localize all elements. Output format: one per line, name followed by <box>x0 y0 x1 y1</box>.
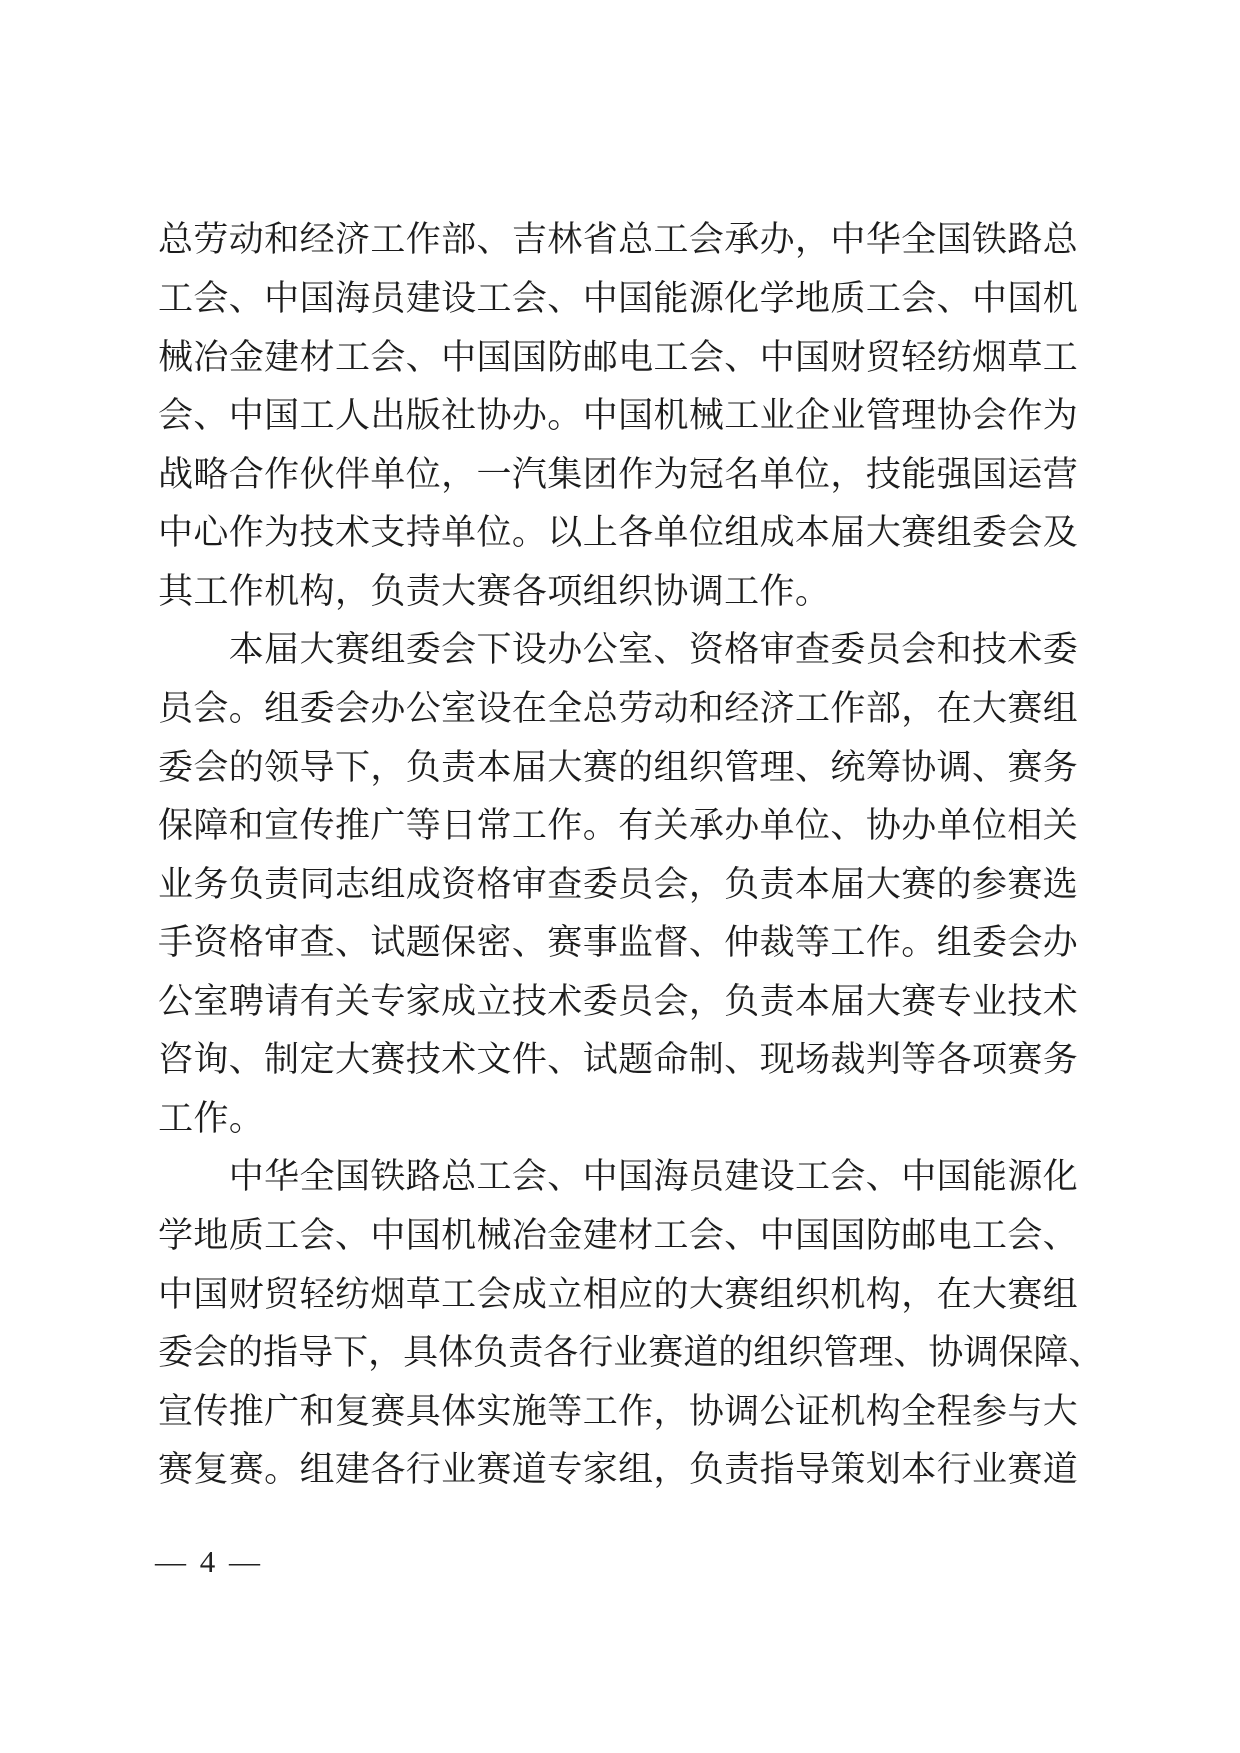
character: 公 <box>760 1394 795 1429</box>
character: 行 <box>578 1335 613 1370</box>
character: 赛 <box>1007 1277 1042 1312</box>
character: 工 <box>264 1218 299 1253</box>
character: 试 <box>583 1042 618 1077</box>
character: 项 <box>972 1042 1007 1077</box>
text-line: 本届大赛组委会下设办公室、资格审查委员会和技术委 <box>158 621 1078 680</box>
character: 证 <box>795 1394 830 1429</box>
character: 责 <box>724 1452 759 1487</box>
character: 、 <box>724 340 759 375</box>
text-line: 委会的指导下，具体负责各行业赛道的组织管理、协调保障、 <box>158 1323 1078 1382</box>
character: 届 <box>830 984 865 1019</box>
character: 单 <box>937 808 972 843</box>
character: 会 <box>512 281 547 316</box>
character: 赛 <box>583 750 618 785</box>
character: 国 <box>618 1159 653 1194</box>
character: 组 <box>653 750 688 785</box>
character: 赛 <box>476 574 511 609</box>
character: 、 <box>193 398 228 433</box>
character: 建 <box>406 281 441 316</box>
character: 工 <box>1043 340 1078 375</box>
character: 织 <box>795 1277 830 1312</box>
character: 、 <box>795 750 830 785</box>
character: 工 <box>795 1159 830 1194</box>
character: 合 <box>229 457 264 492</box>
character: 中 <box>972 281 1007 316</box>
character: 持 <box>406 515 441 550</box>
character: 各 <box>618 515 653 550</box>
character: 参 <box>972 867 1007 902</box>
character: 大 <box>441 574 476 609</box>
character: 支 <box>370 515 405 550</box>
character: 在 <box>937 691 972 726</box>
character: 员 <box>866 632 901 667</box>
character: 工 <box>795 691 830 726</box>
character: 室 <box>618 632 653 667</box>
text-line: 械冶金建材工会、中国国防邮电工会、中国财贸轻纺烟草工 <box>158 328 1078 387</box>
character: 术 <box>441 1042 476 1077</box>
character: 国 <box>477 340 512 375</box>
character: 动 <box>653 691 688 726</box>
character: 务 <box>1043 1042 1078 1077</box>
character: 、 <box>229 281 264 316</box>
character: 华 <box>866 222 901 257</box>
character: 工 <box>335 340 370 375</box>
character: 监 <box>618 925 653 960</box>
character: 委 <box>583 867 618 902</box>
character: 负 <box>473 1335 508 1370</box>
character: ， <box>830 457 865 492</box>
character: 械 <box>158 340 193 375</box>
character: 作 <box>618 1394 653 1429</box>
character: 日 <box>441 808 476 843</box>
character: 同 <box>300 867 335 902</box>
character: 路 <box>1007 222 1042 257</box>
character: 组 <box>618 1452 653 1487</box>
character: 传 <box>193 1394 228 1429</box>
character: 有 <box>300 984 335 1019</box>
character: 、 <box>866 1159 901 1194</box>
character: 劳 <box>193 222 228 257</box>
character: 路 <box>406 1159 441 1194</box>
character: 总 <box>158 222 193 257</box>
character: 成 <box>760 515 795 550</box>
character: 中 <box>760 1218 795 1253</box>
character: 调 <box>937 750 972 785</box>
page-number: — 4 — <box>155 1540 263 1584</box>
character: 等 <box>547 1394 582 1429</box>
character: 国 <box>512 340 547 375</box>
character: 作 <box>759 574 794 609</box>
character: 、 <box>830 808 865 843</box>
character: 技 <box>300 515 335 550</box>
character: 的 <box>718 1335 753 1370</box>
character: 华 <box>264 1159 299 1194</box>
character: 国 <box>830 1218 865 1253</box>
character: 会 <box>370 340 405 375</box>
character: 位 <box>795 457 830 492</box>
character: 委 <box>972 925 1007 960</box>
character: 负 <box>689 1452 724 1487</box>
character: 工 <box>477 281 512 316</box>
character: 查 <box>300 925 335 960</box>
character: 全 <box>300 1159 335 1194</box>
character: 国 <box>972 457 1007 492</box>
character: ， <box>653 1394 688 1429</box>
character: 业 <box>613 1335 648 1370</box>
character: 赛 <box>901 515 936 550</box>
character: 施 <box>512 1394 547 1429</box>
character: 会 <box>512 1159 547 1194</box>
character: 负 <box>370 574 405 609</box>
character: 济 <box>760 691 795 726</box>
character: 省 <box>583 222 618 257</box>
character: 组 <box>370 632 405 667</box>
character: 办 <box>1043 925 1078 960</box>
character: 、 <box>937 281 972 316</box>
character: 业 <box>760 398 795 433</box>
character: 电 <box>618 340 653 375</box>
character: 届 <box>264 632 299 667</box>
character: 会 <box>1007 515 1042 550</box>
character: 、 <box>547 1159 582 1194</box>
character: 各 <box>543 1335 578 1370</box>
character: 会 <box>653 984 688 1019</box>
character: 会 <box>335 691 370 726</box>
character: 动 <box>229 222 264 257</box>
character: 裁 <box>760 925 795 960</box>
character: 地 <box>795 281 830 316</box>
character: 复 <box>193 1452 228 1487</box>
character: 材 <box>300 340 335 375</box>
character: 赛 <box>335 632 370 667</box>
text-line: 战略合作伙伴单位，一汽集团作为冠名单位，技能强国运营 <box>158 445 1078 504</box>
character: 的 <box>937 867 972 902</box>
character: 作 <box>618 457 653 492</box>
character: 的 <box>228 1335 263 1370</box>
character: 技 <box>866 457 901 492</box>
character: 会 <box>689 222 724 257</box>
character: 家 <box>406 984 441 1019</box>
character: 委 <box>158 750 193 785</box>
character: 协 <box>928 1335 963 1370</box>
character: 会 <box>158 398 193 433</box>
character: 上 <box>583 515 618 550</box>
character: 赛 <box>370 1042 405 1077</box>
character: 单 <box>760 457 795 492</box>
character: 作 <box>406 222 441 257</box>
character: 构 <box>866 1394 901 1429</box>
character: 建 <box>724 1159 759 1194</box>
character: 障 <box>1033 1335 1068 1370</box>
character: 大 <box>866 984 901 1019</box>
character: 仲 <box>724 925 759 960</box>
character: ， <box>653 1452 688 1487</box>
character: 防 <box>866 1218 901 1253</box>
text-line: 中国财贸轻纺烟草工会成立相应的大赛组织机构，在大赛组 <box>158 1265 1078 1324</box>
character: 织 <box>618 574 653 609</box>
character: 铁 <box>370 1159 405 1194</box>
text-line: 手资格审查、试题保密、赛事监督、仲裁等工作。组委会办 <box>158 913 1078 972</box>
character: 有 <box>618 808 653 843</box>
character: 构 <box>300 574 335 609</box>
character: 家 <box>583 1452 618 1487</box>
character: 工 <box>724 398 759 433</box>
character: 质 <box>229 1218 264 1253</box>
character: 本 <box>795 515 830 550</box>
character: 作 <box>193 1101 228 1136</box>
character: ， <box>335 574 370 609</box>
character: 轻 <box>901 340 936 375</box>
character: 大 <box>300 632 335 667</box>
character: 海 <box>653 1159 688 1194</box>
character: 赛 <box>370 1394 405 1429</box>
character: 大 <box>866 515 901 550</box>
character: 财 <box>830 340 865 375</box>
character: 业 <box>830 398 865 433</box>
character: 国 <box>264 398 299 433</box>
character: 劳 <box>618 691 653 726</box>
character: 冶 <box>193 340 228 375</box>
character: 立 <box>477 984 512 1019</box>
character: 设 <box>760 1159 795 1194</box>
character: 负 <box>406 750 441 785</box>
character: 机 <box>830 1394 865 1429</box>
character: 组 <box>724 515 759 550</box>
character: 。 <box>229 691 264 726</box>
character: 单 <box>653 515 688 550</box>
character: 组 <box>370 867 405 902</box>
character: 经 <box>724 691 759 726</box>
character: 赛 <box>1007 867 1042 902</box>
character: 总 <box>618 222 653 257</box>
character: 工 <box>370 222 405 257</box>
character: 能 <box>901 457 936 492</box>
text-line: 员会。组委会办公室设在全总劳动和经济工作部，在大赛组 <box>158 679 1078 738</box>
character: 术 <box>1043 984 1078 1019</box>
character: 组 <box>264 691 299 726</box>
character: 赛 <box>1007 1452 1042 1487</box>
character: 协 <box>937 398 972 433</box>
character: 、 <box>229 1042 264 1077</box>
character: 、 <box>972 750 1007 785</box>
character: 办 <box>512 398 547 433</box>
character: 会 <box>830 1159 865 1194</box>
character: 关 <box>653 808 688 843</box>
body-text: 总劳动和经济工作部、吉林省总工会承办，中华全国铁路总工会、中国海员建设工会、中国… <box>158 211 1078 1499</box>
character: 国 <box>618 398 653 433</box>
character: 大 <box>689 1277 724 1312</box>
character: 审 <box>512 867 547 902</box>
character: 具 <box>406 1394 441 1429</box>
character: 导 <box>795 1452 830 1487</box>
character: 会 <box>653 867 688 902</box>
character: 中 <box>830 222 865 257</box>
character: 资 <box>441 867 476 902</box>
character: 组 <box>753 1335 788 1370</box>
character: 业 <box>972 984 1007 1019</box>
character: 工 <box>972 1218 1007 1253</box>
character: 械 <box>477 1218 512 1253</box>
character: 广 <box>370 808 405 843</box>
character: 纺 <box>937 340 972 375</box>
character: 工 <box>512 808 547 843</box>
character: 办 <box>724 808 759 843</box>
character: 各 <box>370 1452 405 1487</box>
character: 资 <box>193 925 228 960</box>
character: 会 <box>477 1277 512 1312</box>
character: 为 <box>264 515 299 550</box>
character: 责 <box>406 574 441 609</box>
character: ， <box>441 457 476 492</box>
character: 汽 <box>512 457 547 492</box>
character: 件 <box>512 1042 547 1077</box>
character: 中 <box>583 281 618 316</box>
character: 宣 <box>158 1394 193 1429</box>
character: 在 <box>512 691 547 726</box>
character: 本 <box>229 632 264 667</box>
character: 公 <box>406 691 441 726</box>
text-line: 中华全国铁路总工会、中国海员建设工会、中国能源化 <box>158 1148 1078 1207</box>
character: 名 <box>724 457 759 492</box>
character: 和 <box>229 808 264 843</box>
text-line: 保障和宣传推广等日常工作。有关承办单位、协办单位相关 <box>158 796 1078 855</box>
text-line: 宣传推广和复赛具体实施等工作，协调公证机构全程参与大 <box>158 1382 1078 1441</box>
character: 员 <box>618 984 653 1019</box>
character: 制 <box>264 1042 299 1077</box>
character: 赛 <box>477 1452 512 1487</box>
character: 成 <box>512 1277 547 1312</box>
character: 道 <box>683 1335 718 1370</box>
character: 、 <box>512 925 547 960</box>
character: 国 <box>300 281 335 316</box>
character: ， <box>370 750 405 785</box>
character: 务 <box>193 867 228 902</box>
character: 防 <box>547 340 582 375</box>
character: ， <box>689 867 724 902</box>
character: 、 <box>335 925 370 960</box>
character: 关 <box>1043 808 1078 843</box>
character: 略 <box>193 457 228 492</box>
character: 冶 <box>512 1218 547 1253</box>
character: 织 <box>689 750 724 785</box>
character: 员 <box>618 867 653 902</box>
character: ， <box>901 1277 936 1312</box>
character: 术 <box>335 515 370 550</box>
character: 全 <box>901 222 936 257</box>
character: 赛 <box>901 984 936 1019</box>
character: 赛 <box>1007 1042 1042 1077</box>
character: 总 <box>441 1159 476 1194</box>
character: 部 <box>441 222 476 257</box>
character: 参 <box>972 1394 1007 1429</box>
character: 赛 <box>724 1277 759 1312</box>
character: 学 <box>158 1218 193 1253</box>
character: 机 <box>264 574 299 609</box>
character: 届 <box>830 515 865 550</box>
character: 会 <box>901 281 936 316</box>
character: 械 <box>689 398 724 433</box>
character: 员 <box>689 1159 724 1194</box>
character: 组 <box>1043 691 1078 726</box>
character: 选 <box>1043 867 1078 902</box>
character: 各 <box>937 1042 972 1077</box>
character: 推 <box>335 808 370 843</box>
character: 质 <box>830 281 865 316</box>
character: 作 <box>229 515 264 550</box>
character: 等 <box>901 1042 936 1077</box>
character: 织 <box>788 1335 823 1370</box>
character: 相 <box>1007 808 1042 843</box>
character: 大 <box>972 1277 1007 1312</box>
character: 公 <box>583 632 618 667</box>
character: 工 <box>193 574 228 609</box>
character: 经 <box>300 222 335 257</box>
character: 会 <box>300 1218 335 1253</box>
character: 会 <box>193 281 228 316</box>
character: 承 <box>724 222 759 257</box>
character: 为 <box>653 457 688 492</box>
character: 赛 <box>901 867 936 902</box>
character: 工 <box>300 398 335 433</box>
character: 策 <box>830 1452 865 1487</box>
character: 咨 <box>158 1042 193 1077</box>
character: 宣 <box>264 808 299 843</box>
character: 中 <box>583 1159 618 1194</box>
character: 中 <box>583 398 618 433</box>
character: 委 <box>158 1335 193 1370</box>
character: 建 <box>264 340 299 375</box>
character: 位 <box>406 457 441 492</box>
character: 会 <box>193 691 228 726</box>
character: 理 <box>760 750 795 785</box>
character: 请 <box>264 984 299 1019</box>
character: 单 <box>760 808 795 843</box>
character: 题 <box>406 925 441 960</box>
character: 企 <box>795 398 830 433</box>
character: 委 <box>300 691 335 726</box>
character: 中 <box>370 1218 405 1253</box>
character: 划 <box>866 1452 901 1487</box>
character: 草 <box>1007 340 1042 375</box>
character: 体 <box>441 1394 476 1429</box>
character: 大 <box>1043 1394 1078 1429</box>
character: 委 <box>1043 632 1078 667</box>
character: 制 <box>689 1042 724 1077</box>
character: 作 <box>830 691 865 726</box>
character: 中 <box>158 515 193 550</box>
character: 战 <box>158 457 193 492</box>
character: 导 <box>298 1335 333 1370</box>
character: 化 <box>1043 1159 1078 1194</box>
character: 、 <box>1043 1218 1078 1253</box>
character: 技 <box>512 984 547 1019</box>
character: 工 <box>724 574 759 609</box>
character: 协 <box>653 574 688 609</box>
character: 应 <box>618 1277 653 1312</box>
character: 保 <box>158 808 193 843</box>
character: 行 <box>937 1452 972 1487</box>
character: 。 <box>512 515 547 550</box>
text-line: 赛复赛。组建各行业赛道专家组，负责指导策划本行业赛道 <box>158 1441 1078 1500</box>
text-line: 咨询、制定大赛技术文件、试题命制、现场裁判等各项赛务 <box>158 1031 1078 1090</box>
character: 协 <box>866 808 901 843</box>
character: 责 <box>264 867 299 902</box>
character: 组 <box>760 1277 795 1312</box>
character: 设 <box>477 691 512 726</box>
character: 国 <box>1007 281 1042 316</box>
character: 项 <box>547 574 582 609</box>
character: 、 <box>547 281 582 316</box>
